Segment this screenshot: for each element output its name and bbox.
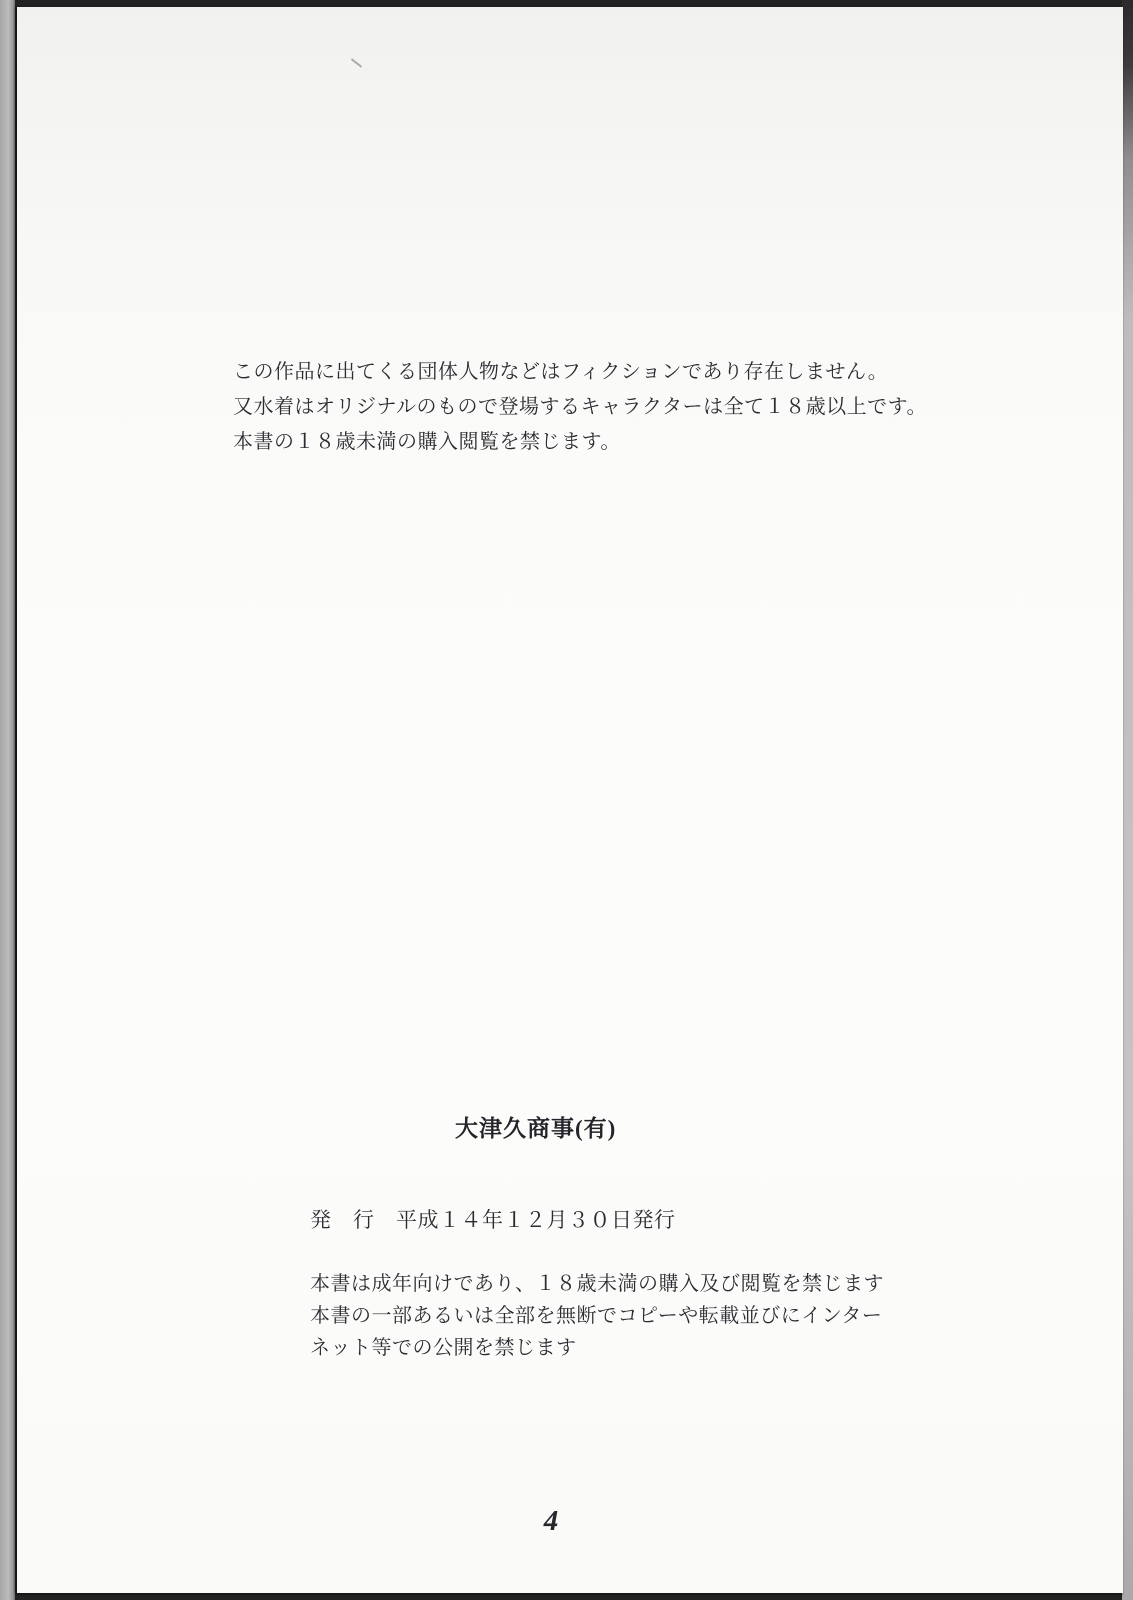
scan-edge-left [0, 0, 15, 1600]
copyright-notice-block: 本書は成年向けであり、１８歳未満の購入及び閲覧を禁じます 本書の一部あるいは全部… [310, 1268, 884, 1364]
disclaimer-line-1: この作品に出てくる団体人物などはフィクションであり存在しません。 [233, 355, 927, 390]
publisher-name: 大津久商事(有) [455, 1110, 616, 1143]
notice-line-2: 本書の一部あるいは全部を無断でコピーや転載並びにインター [310, 1300, 884, 1332]
disclaimer-line-3: 本書の１８歳未満の購入閲覧を禁じます。 [233, 425, 927, 460]
age-disclaimer-block: この作品に出てくる団体人物などはフィクションであり存在しません。 又水着はオリジ… [233, 355, 927, 460]
scanned-page: この作品に出てくる団体人物などはフィクションであり存在しません。 又水着はオリジ… [0, 0, 1133, 1600]
notice-line-1: 本書は成年向けであり、１８歳未満の購入及び閲覧を禁じます [310, 1268, 884, 1300]
disclaimer-line-2: 又水着はオリジナルのもので登場するキャラクターは全て１８歳以上です。 [233, 390, 927, 425]
scan-edge-right [1122, 0, 1133, 1600]
publication-date-line: 発 行 平成１４年１２月３０日発行 [310, 1204, 676, 1234]
notice-line-3: ネット等での公開を禁じます [310, 1332, 884, 1364]
page-number: 4 [536, 1505, 566, 1538]
